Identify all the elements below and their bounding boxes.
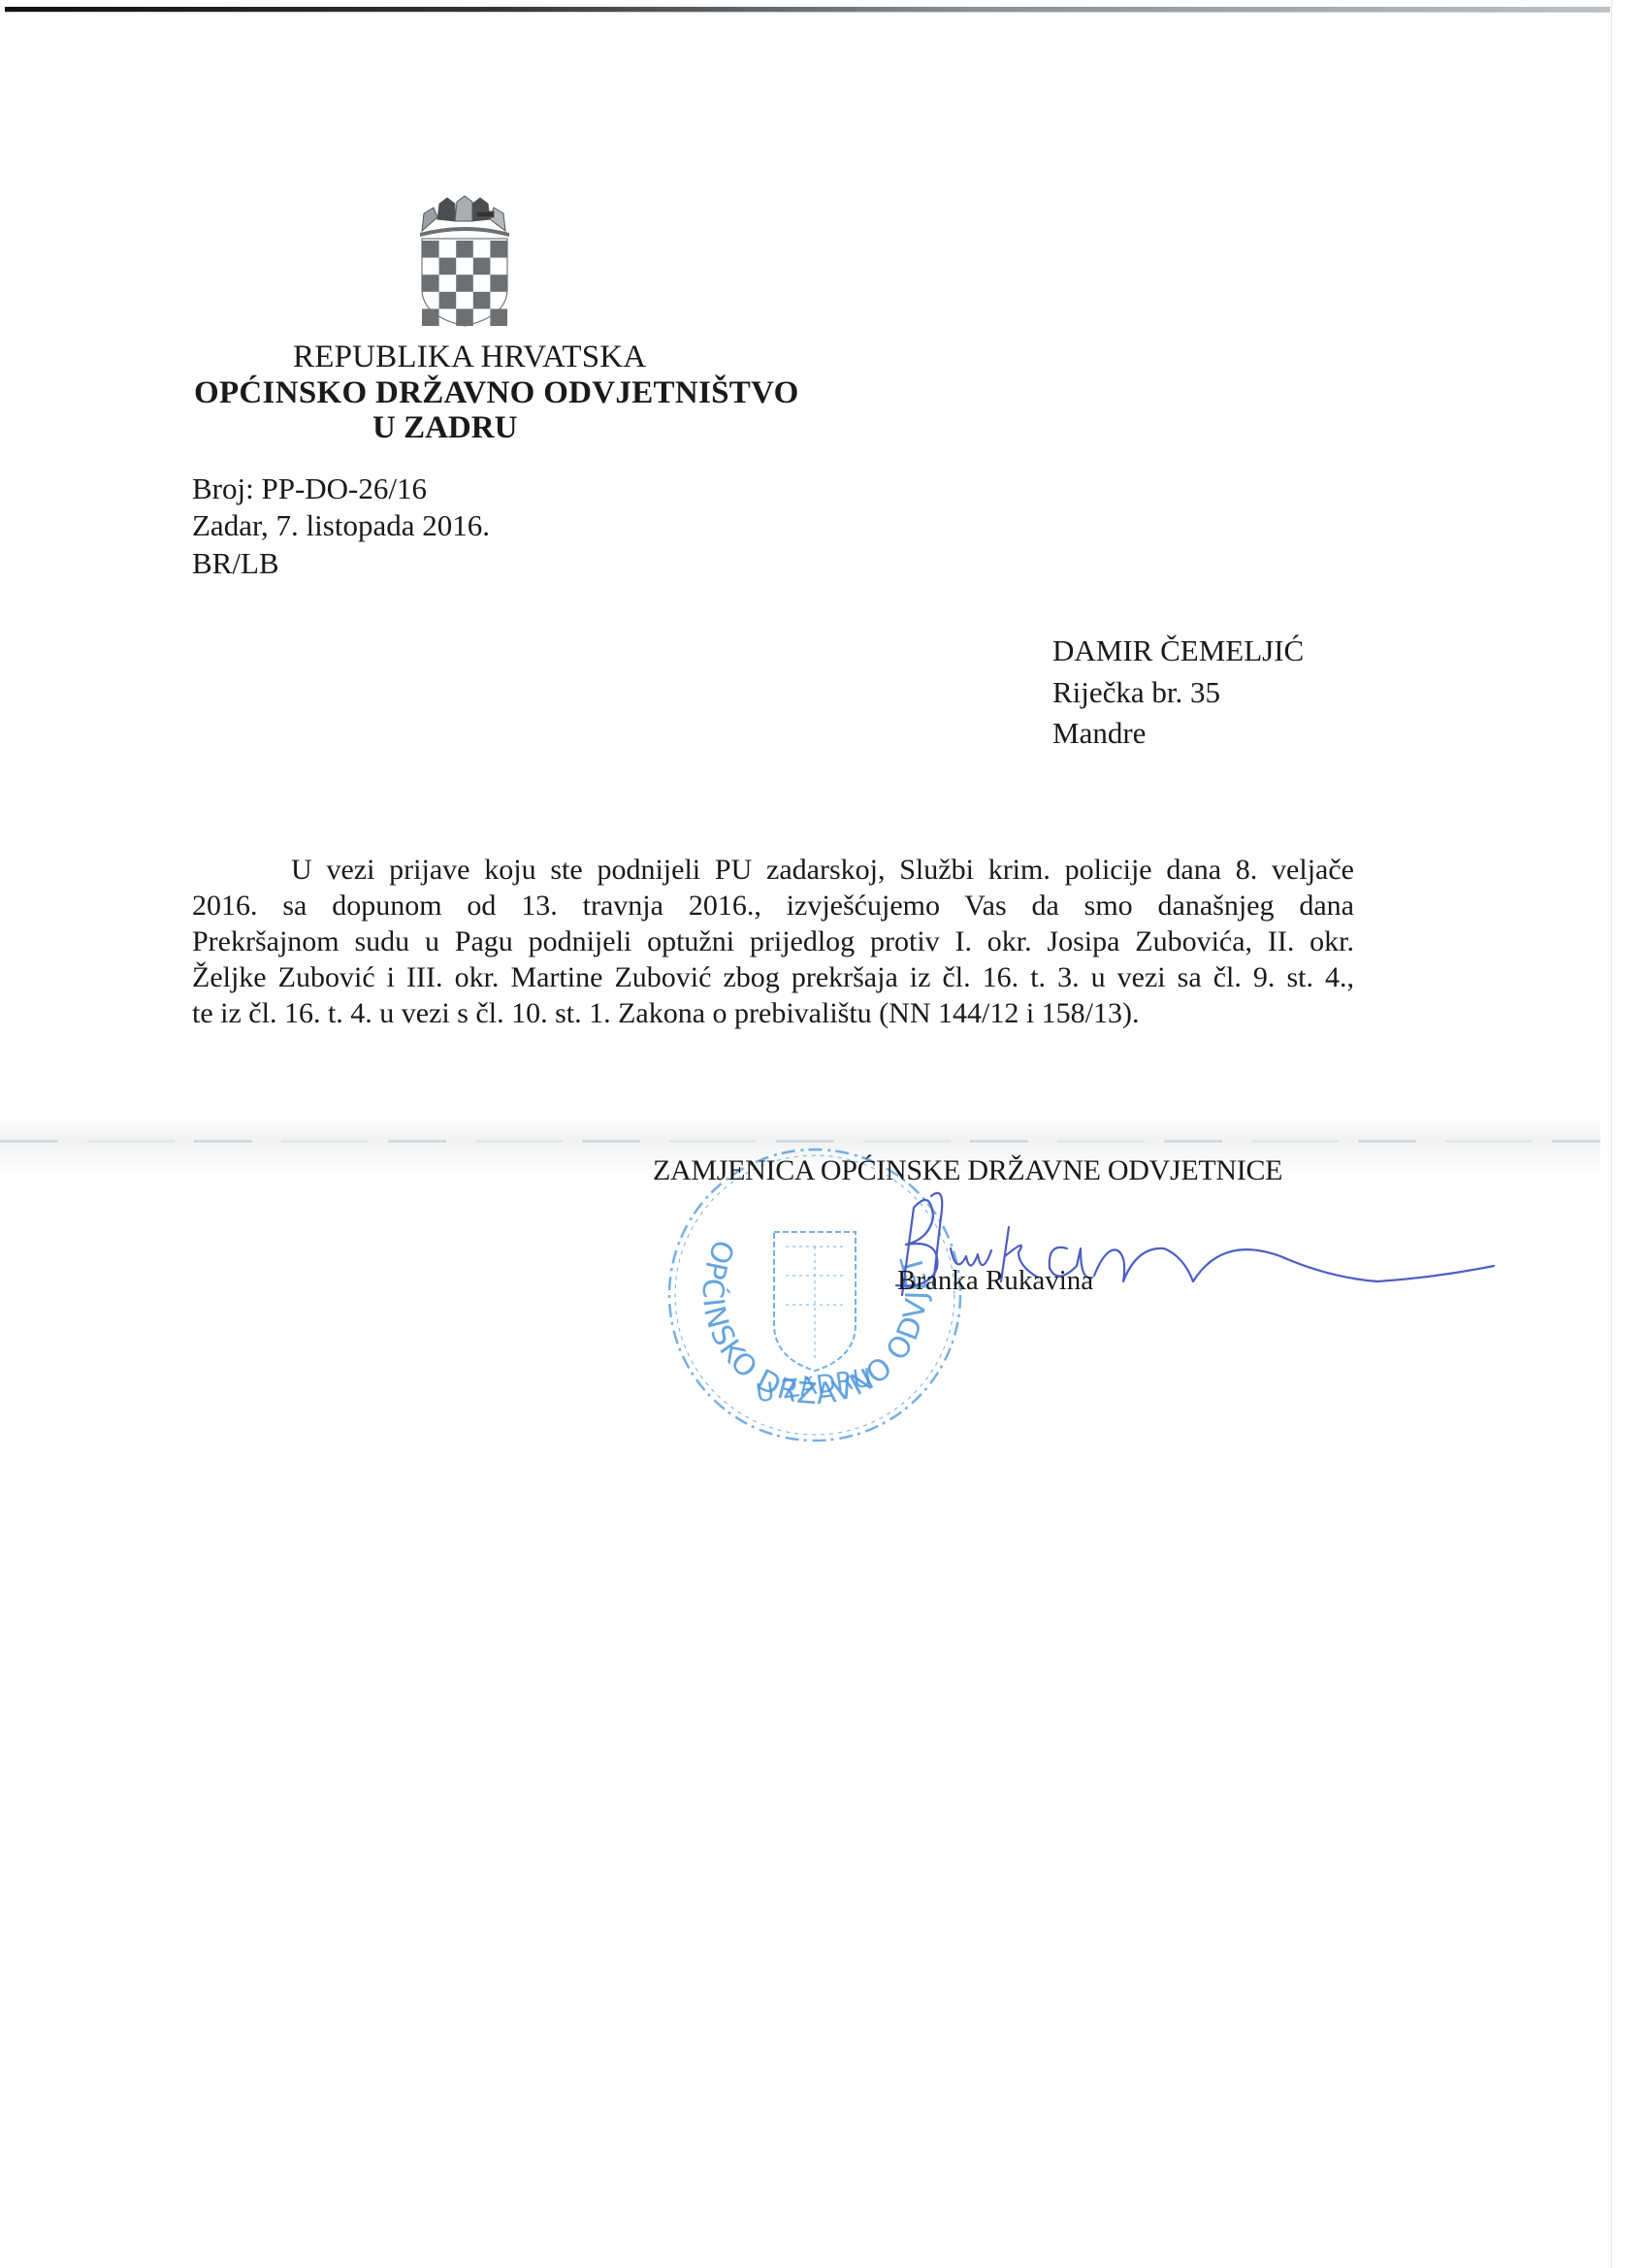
reference-number: Broj: PP-DO-26/16 (192, 473, 427, 503)
body-line: 2016. sa dopunom od 13. travnja 2016., i… (192, 888, 1354, 923)
country-name: REPUBLIKA HRVATSKA (293, 341, 646, 373)
recipient-town: Mandre (1052, 718, 1146, 748)
recipient-street: Riječka br. 35 (1052, 677, 1220, 707)
coat-of-arms-icon (412, 192, 517, 328)
scan-edge-line-thin (5, 12, 1610, 13)
office-name: OPĆINSKO DRŽAVNO ODVJETNIŠTVO (194, 377, 799, 409)
signatory-name: Branka Rukavina (897, 1267, 1093, 1295)
body-line: Željke Zubović i III. okr. Martine Zubov… (192, 959, 1354, 995)
body-line: Prekršajnom sudu u Pagu podnijeli optužn… (192, 923, 1354, 959)
place-and-date: Zadar, 7. listopada 2016. (192, 510, 490, 540)
author-initials: BR/LB (192, 548, 279, 578)
recipient-name: DAMIR ČEMELJIĆ (1052, 635, 1304, 665)
body-line: te iz čl. 16. t. 4. u vezi s čl. 10. st.… (192, 995, 1354, 1031)
document-page: REPUBLIKA HRVATSKA OPĆINSKO DRŽAVNO ODVJ… (0, 0, 1649, 2268)
body-line: U vezi prijave koju ste podnijeli PU zad… (192, 852, 1354, 888)
letter-body: U vezi prijave koju ste podnijeli PU zad… (192, 852, 1354, 1031)
scan-right-edge (1611, 0, 1612, 2268)
signatory-title: ZAMJENICA OPĆINSKE DRŽAVNE ODVJETNICE (653, 1156, 1282, 1185)
office-city: U ZADRU (372, 412, 517, 444)
